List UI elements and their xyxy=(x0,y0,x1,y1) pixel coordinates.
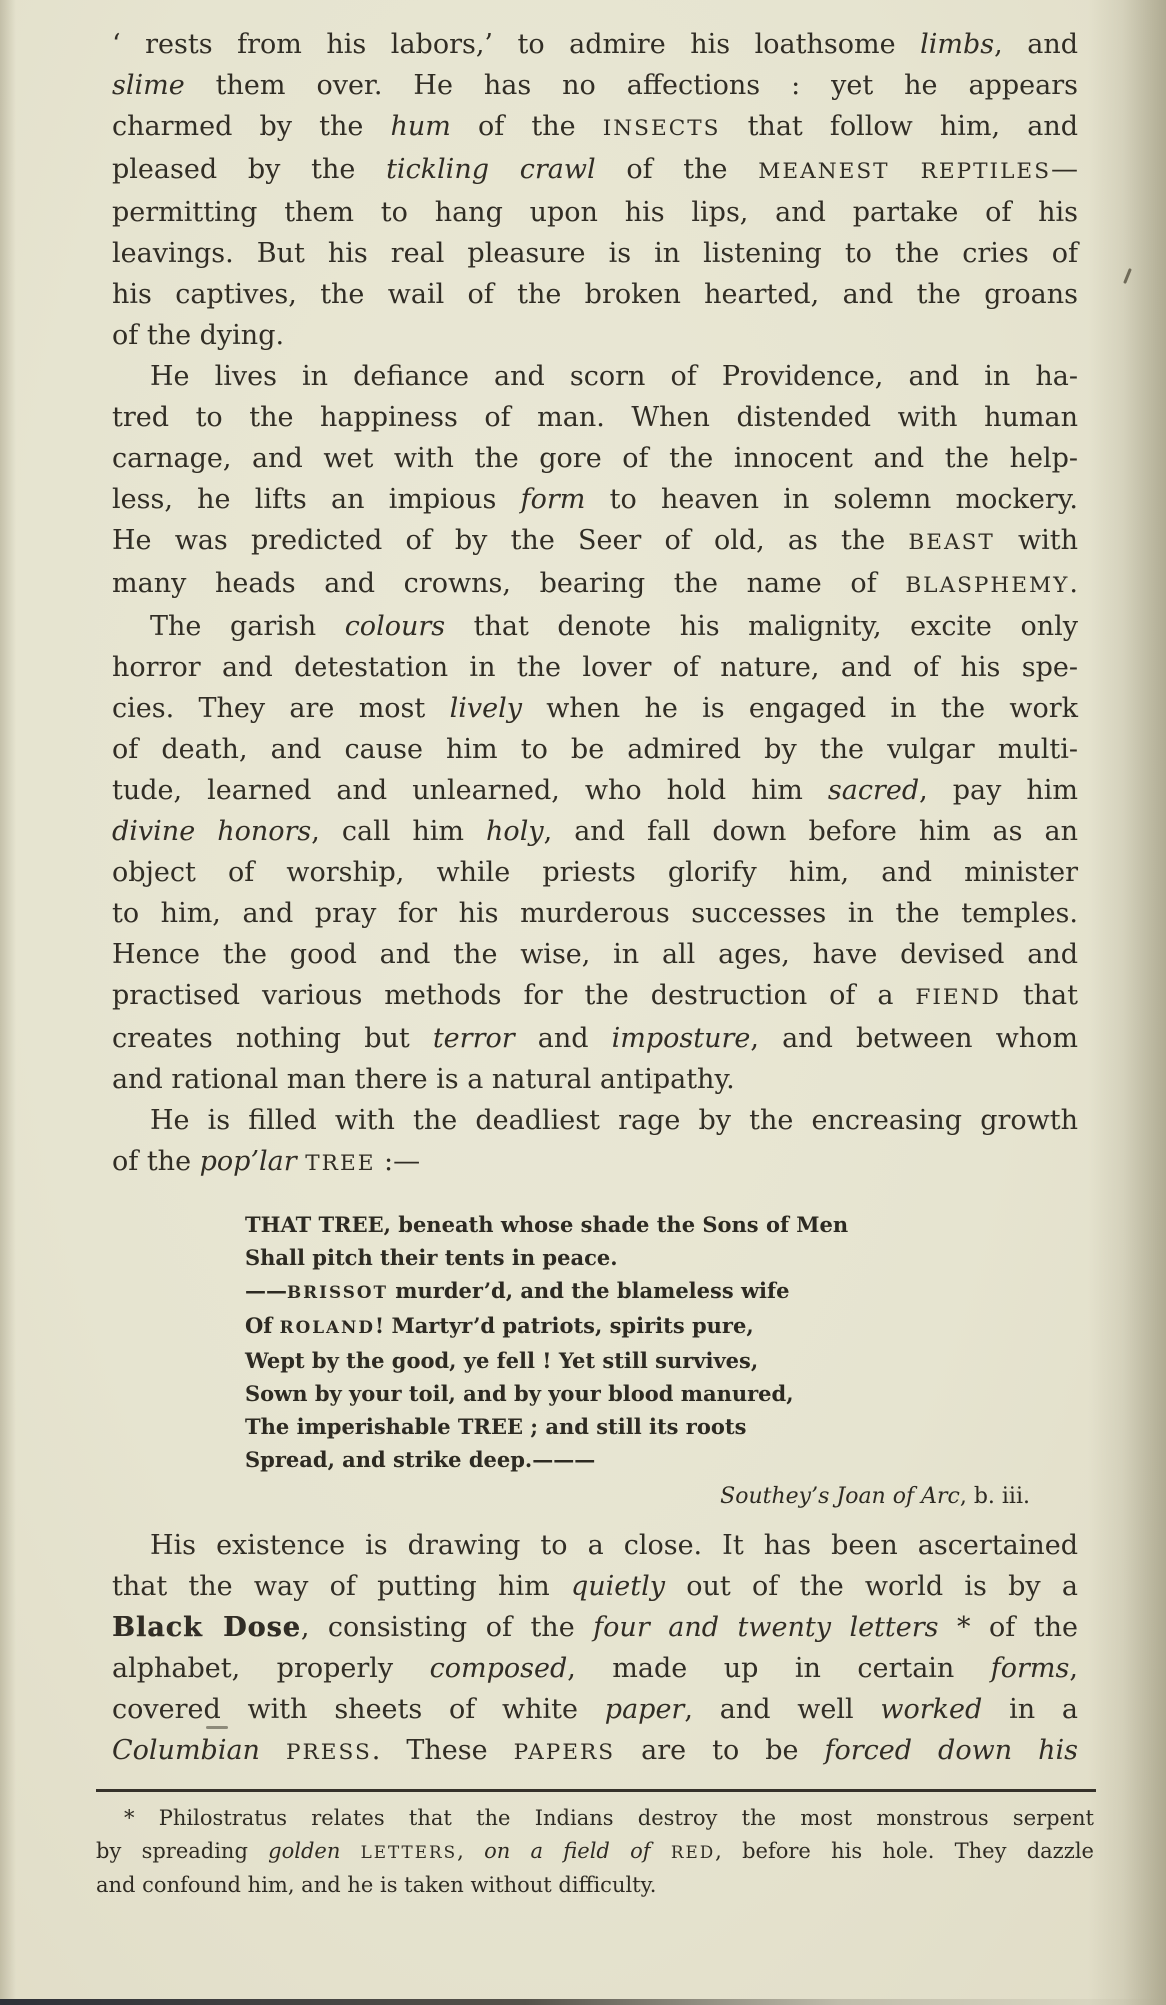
text-line: ‘ rests from his labors,’ to admire his … xyxy=(112,24,1078,65)
smallcaps-segment: BRISSOT xyxy=(287,1282,388,1302)
left-edge-shadow xyxy=(0,0,16,2005)
footnote-line: * Philostratus relates that the Indians … xyxy=(96,1802,1094,1835)
text-line: cies. They are most lively when he is en… xyxy=(112,688,1078,729)
emphasis-segment: form xyxy=(521,484,586,515)
emphasis-segment: Columbian xyxy=(112,1735,260,1766)
verse-line: Shall pitch their tents in peace. xyxy=(245,1241,965,1274)
text-line: many heads and crowns, bearing the name … xyxy=(112,563,1078,606)
paragraph: He is filled with the deadliest rage by … xyxy=(112,1100,1078,1184)
text-line: to him, and pray for his murderous succe… xyxy=(112,893,1078,934)
text-line: tred to the happiness of man. When diste… xyxy=(112,397,1078,438)
footnote-line: by spreading golden LETTERS, on a field … xyxy=(96,1835,1094,1869)
text-line: that the way of putting him quietly out … xyxy=(112,1566,1078,1607)
verse-attribution: Southey’s Joan of Arc, b. iii. xyxy=(112,1480,1030,1513)
paragraph: ‘ rests from his labors,’ to admire his … xyxy=(112,24,1078,356)
smallcaps-segment: PRESS xyxy=(286,1740,372,1765)
smudge-mark xyxy=(206,1726,228,1729)
emphasis-segment: composed xyxy=(430,1653,568,1684)
text-line: practised various methods for the destru… xyxy=(112,975,1078,1018)
text-line: He is filled with the deadliest rage by … xyxy=(112,1100,1078,1141)
footnote: * Philostratus relates that the Indians … xyxy=(96,1802,1094,1902)
emphasis-segment: Southey’s Joan of Arc xyxy=(720,1484,960,1509)
smallcaps-segment: BLASPHEMY xyxy=(905,573,1069,598)
text-line: pleased by the tickling crawl of the MEA… xyxy=(112,149,1078,192)
smallcaps-segment: TREE xyxy=(305,1151,375,1176)
verse-line: ——BRISSOT murder’d, and the blameless wi… xyxy=(245,1274,965,1309)
emphasis-segment: pop’lar xyxy=(200,1146,297,1177)
text-line: covered with sheets of white paper, and … xyxy=(112,1689,1078,1730)
verse-block: THAT TREE, beneath whose shade the Sons … xyxy=(245,1208,965,1476)
verse-line: Of ROLAND! Martyr’d patriots, spirits pu… xyxy=(245,1309,965,1344)
text-line: alphabet, properly composed, made up in … xyxy=(112,1648,1078,1689)
emphasis-segment: lively xyxy=(450,693,522,724)
smallcaps-segment: PAPERS xyxy=(514,1740,616,1765)
emphasis-segment: on a field of xyxy=(484,1839,650,1863)
text-line: He was predicted of by the Seer of old, … xyxy=(112,520,1078,563)
smallcaps-segment: FIEND xyxy=(915,985,1000,1010)
paragraph: The garish colours that denote his malig… xyxy=(112,606,1078,1100)
emphasis-segment: hum xyxy=(391,111,451,142)
smallcaps-segment: ROLAND xyxy=(280,1317,375,1337)
emphasis-segment: quietly xyxy=(571,1571,665,1602)
text-line: The garish colours that denote his malig… xyxy=(112,606,1078,647)
text-line: carnage, and wet with the gore of the in… xyxy=(112,438,1078,479)
text-line: of the pop’lar TREE :— xyxy=(112,1141,1078,1184)
paragraph: His existence is drawing to a close. It … xyxy=(112,1525,1078,1773)
smallcaps-segment: RED xyxy=(671,1842,715,1862)
text-line: He lives in defiance and scorn of Provid… xyxy=(112,356,1078,397)
emphasis-segment: forced down his xyxy=(825,1735,1079,1766)
verse-line: Spread, and strike deep.——— xyxy=(245,1443,965,1476)
emphasis-segment: worked xyxy=(880,1694,982,1725)
emphasis-segment: paper xyxy=(605,1694,685,1725)
smallcaps-segment: BEAST xyxy=(908,530,994,555)
book-page: ‘ rests from his labors,’ to admire his … xyxy=(0,0,1166,2005)
emphasis-segment: colours xyxy=(345,611,445,642)
text-line: object of worship, while priests glorify… xyxy=(112,852,1078,893)
text-line: divine honors, call him holy, and fall d… xyxy=(112,811,1078,852)
page-curl-shadow xyxy=(1088,0,1166,2005)
emphasis-segment: forms xyxy=(991,1653,1070,1684)
text-line: permitting them to hang upon his lips, a… xyxy=(112,192,1078,233)
emphasis-segment: tickling crawl xyxy=(386,154,596,185)
text-line: his captives, the wail of the broken hea… xyxy=(112,274,1078,315)
emphasis-segment: terror xyxy=(433,1023,515,1054)
text-line: creates nothing but terror and imposture… xyxy=(112,1018,1078,1059)
scan-edge-shadow xyxy=(0,1999,1166,2005)
smallcaps-segment: LETTERS xyxy=(361,1842,457,1862)
emphasis-segment: slime xyxy=(112,70,185,101)
emphasis-segment: divine honors xyxy=(112,816,311,847)
verse-line: THAT TREE, beneath whose shade the Sons … xyxy=(245,1208,965,1241)
text-line: leavings. But his real pleasure is in li… xyxy=(112,233,1078,274)
blackletter-segment: Black Dose xyxy=(112,1612,301,1643)
emphasis-segment: limbs xyxy=(920,29,994,60)
text-line: charmed by the hum of the INSECTS that f… xyxy=(112,106,1078,149)
text-line: less, he lifts an impious form to heaven… xyxy=(112,479,1078,520)
smallcaps-segment: MEANEST REPTILES xyxy=(758,159,1051,184)
text-line: of the dying. xyxy=(112,315,1078,356)
footnote-line: and confound him, and he is taken withou… xyxy=(96,1869,1094,1902)
text-line: of death, and cause him to be admired by… xyxy=(112,729,1078,770)
emphasis-segment: golden xyxy=(268,1839,340,1863)
verse-line: The imperishable TREE ; and still its ro… xyxy=(245,1410,965,1443)
text-line: Columbian PRESS. These PAPERS are to be … xyxy=(112,1730,1078,1773)
text-line: and rational man there is a natural anti… xyxy=(112,1059,1078,1100)
verse-line: Sown by your toil, and by your blood man… xyxy=(245,1377,965,1410)
text-line: horror and detestation in the lover of n… xyxy=(112,647,1078,688)
text-line: tude, learned and unlearned, who hold hi… xyxy=(112,770,1078,811)
text-line: Hence the good and the wise, in all ages… xyxy=(112,934,1078,975)
text-line: Black Dose, consisting of the four and t… xyxy=(112,1607,1078,1648)
emphasis-segment: four and twenty letters xyxy=(593,1612,938,1643)
emphasis-segment: holy xyxy=(486,816,544,847)
text-line: slime them over. He has no affections : … xyxy=(112,65,1078,106)
emphasis-segment: imposture xyxy=(612,1023,751,1054)
text-block: ‘ rests from his labors,’ to admire his … xyxy=(112,24,1078,1902)
verse-line: Wept by the good, ye fell ! Yet still su… xyxy=(245,1344,965,1377)
paragraph: He lives in defiance and scorn of Provid… xyxy=(112,356,1078,606)
emphasis-segment: sacred xyxy=(828,775,919,806)
text-line: His existence is drawing to a close. It … xyxy=(112,1525,1078,1566)
footnote-rule xyxy=(96,1789,1096,1792)
smallcaps-segment: INSECTS xyxy=(603,116,721,141)
